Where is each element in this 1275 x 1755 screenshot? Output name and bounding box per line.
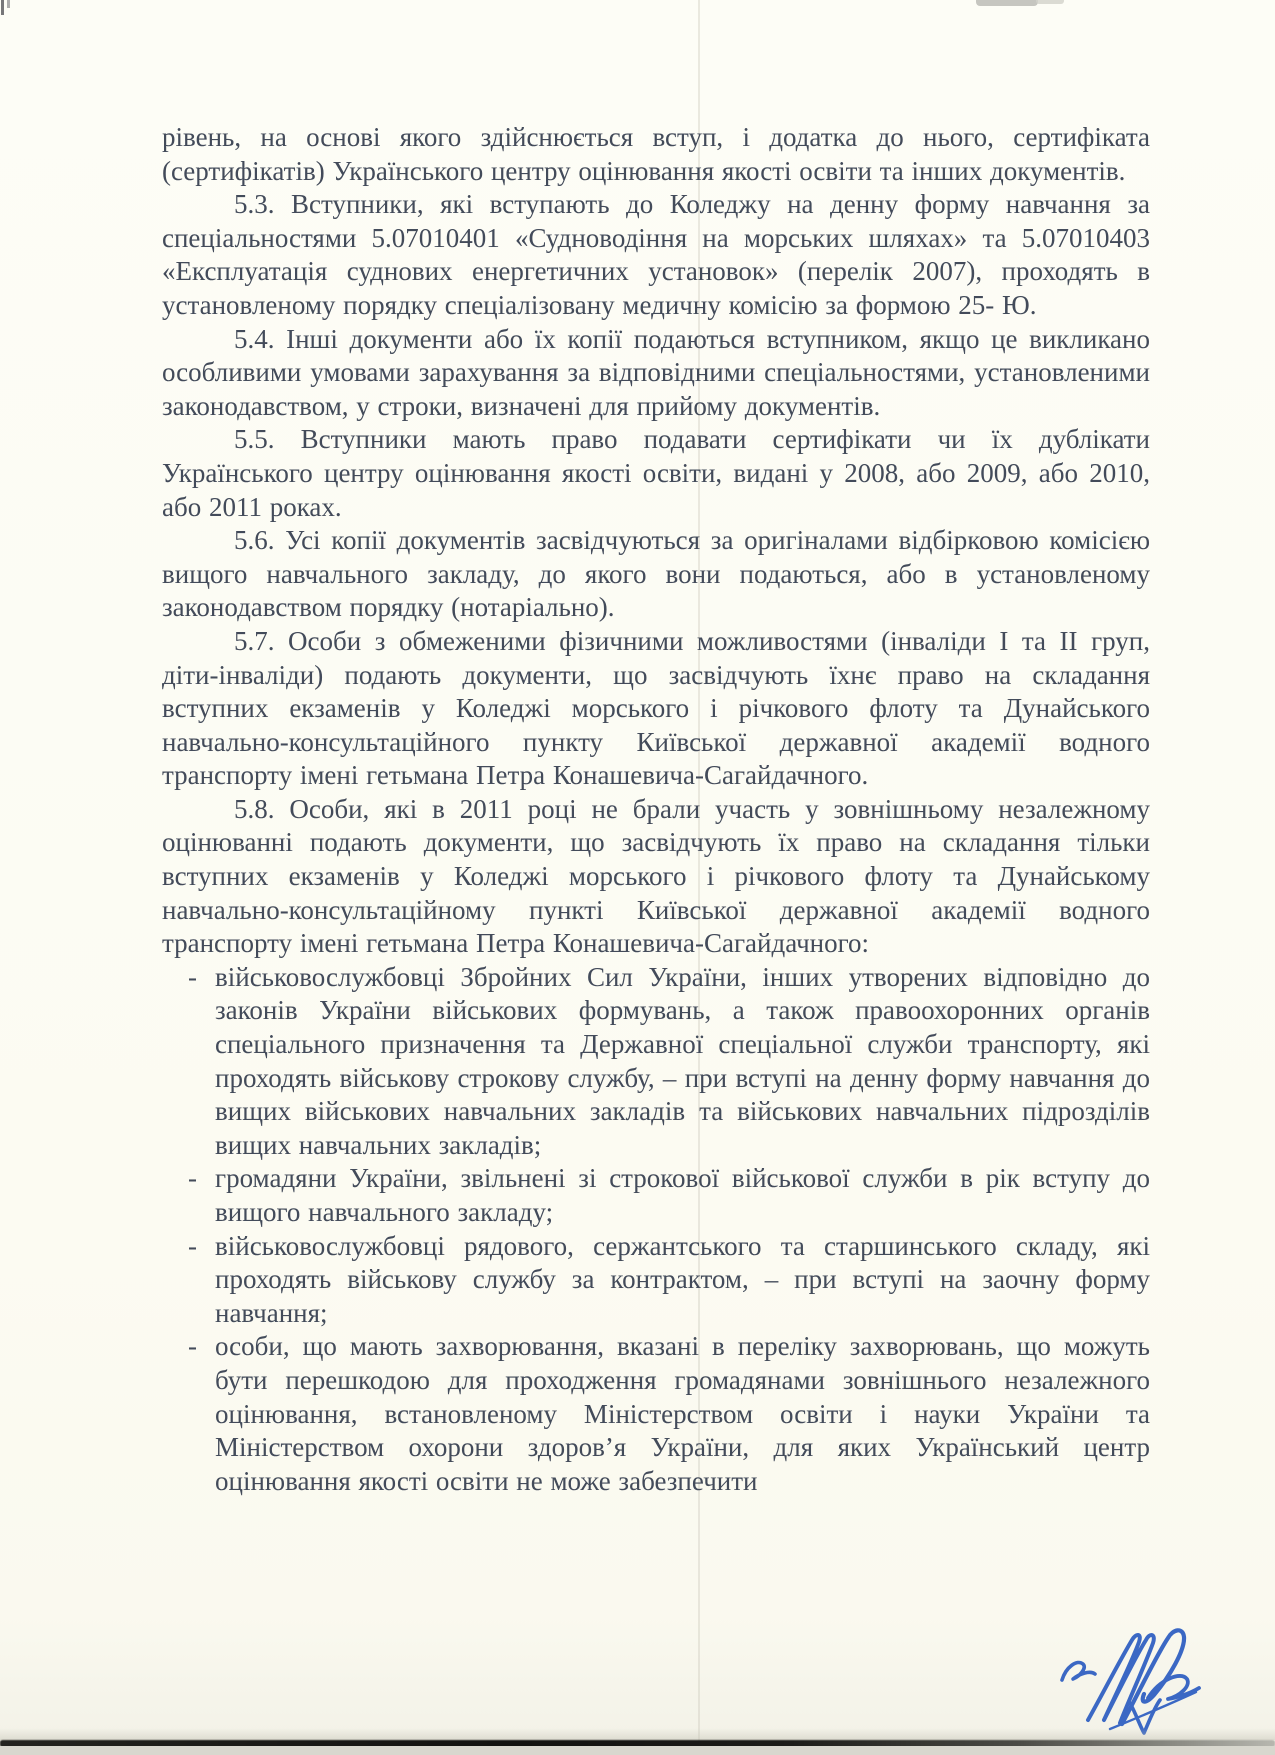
paragraph-5-6: 5.6. Усі копії документів засвідчуються … xyxy=(162,524,1150,625)
scan-artifact-smudge xyxy=(976,0,1038,6)
dash-marker: - xyxy=(188,1330,197,1364)
list-item: - особи, що мають захворювання, вказані … xyxy=(162,1330,1150,1498)
scan-artifact-smudge xyxy=(1036,0,1064,4)
scan-artifact-corner-mark xyxy=(7,0,10,8)
list-item: - військовослужбовці рядового, сержантсь… xyxy=(162,1230,1150,1331)
dash-marker: - xyxy=(188,1162,197,1196)
paragraph-5-4: 5.4. Інші документи або їх копії подають… xyxy=(162,323,1150,424)
paragraph-continuation: рівень, на основі якого здійснюється вст… xyxy=(162,121,1150,188)
exemption-list: - військовослужбовці Збройних Сил Україн… xyxy=(162,961,1150,1499)
list-item-text: військовослужбовці рядового, сержантсько… xyxy=(215,1231,1150,1328)
scan-below-edge xyxy=(0,1746,1275,1755)
list-item: - військовослужбовці Збройних Сил Україн… xyxy=(162,961,1150,1163)
list-item-text: громадяни України, звільнені зі строково… xyxy=(215,1163,1150,1227)
scan-artifact-corner-mark xyxy=(1,0,4,15)
list-item: - громадяни України, звільнені зі строко… xyxy=(162,1162,1150,1229)
paragraph-5-7: 5.7. Особи з обмеженими фізичними можлив… xyxy=(162,625,1150,793)
scanned-document-page: рівень, на основі якого здійснюється вст… xyxy=(0,0,1275,1755)
handwritten-signature-icon xyxy=(1052,1616,1204,1746)
dash-marker: - xyxy=(188,961,197,995)
list-item-text: особи, що мають захворювання, вказані в … xyxy=(215,1331,1150,1495)
paragraph-5-3: 5.3. Вступники, які вступають до Коледжу… xyxy=(162,188,1150,322)
scan-bottom-shadow xyxy=(0,1728,1275,1740)
document-text-block: рівень, на основі якого здійснюється вст… xyxy=(162,121,1150,1498)
dash-marker: - xyxy=(188,1230,197,1264)
paragraph-5-8: 5.8. Особи, які в 2011 році не брали уча… xyxy=(162,793,1150,961)
list-item-text: військовослужбовці Збройних Сил України,… xyxy=(215,962,1150,1160)
paragraph-5-5: 5.5. Вступники мають право подавати серт… xyxy=(162,423,1150,524)
